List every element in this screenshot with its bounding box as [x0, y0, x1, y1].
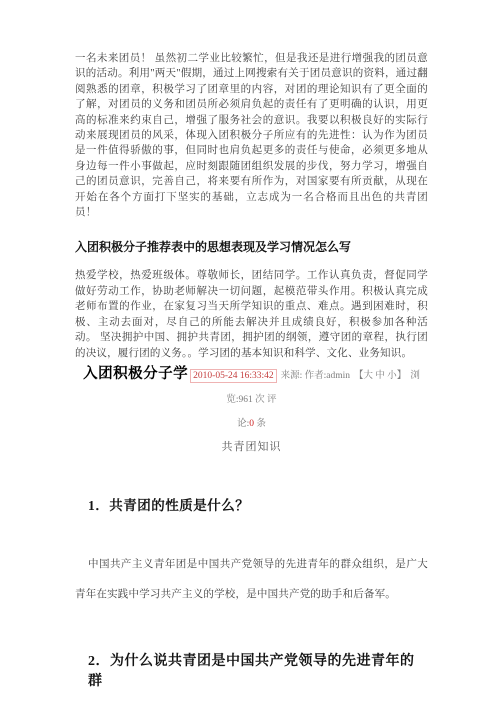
article-title: 入团积极分子学: [83, 366, 188, 382]
font-size-controls[interactable]: 【大 中 小】: [354, 371, 406, 381]
source-author-text: 来源: 作者:admin: [281, 371, 350, 381]
publish-datetime-badge: 2010-05-24 16:33:42: [190, 369, 276, 383]
intro-paragraph: 一名未来团员！ 虽然初二学业比较繁忙，但是我还是进行增强我的团员意识的活动。利用…: [75, 51, 428, 220]
document-page: 一名未来团员！ 虽然初二学业比较繁忙，但是我还是进行增强我的团员意识的活动。利用…: [0, 0, 500, 707]
recommendation-paragraph: 热爱学校，热爱班级体。尊敬师长，团结同学。工作认真负责，督促同学做好劳动工作，协…: [75, 268, 428, 360]
question-2-heading: 2．为什么说共青团是中国共产党领导的先进青年的群: [88, 650, 428, 690]
question-1-answer: 中国共产主义青年团是中国共产党领导的先进青年的群众组织，是广大青年在实践中学习共…: [75, 550, 428, 610]
subheading-recommendation-form: 入团积极分子推荐表中的思想表现及学习情况怎么写: [75, 238, 428, 255]
comments-label: 论:: [237, 419, 249, 429]
comments-unit: 条: [254, 419, 266, 429]
article-title-line: 入团积极分子学2010-05-24 16:33:42来源: 作者:admin 【…: [75, 363, 428, 411]
category-label: 共青团知识: [75, 438, 428, 454]
comments-line: 论:0 条: [75, 414, 428, 432]
question-1-heading: 1．共青团的性质是什么？: [88, 494, 428, 514]
